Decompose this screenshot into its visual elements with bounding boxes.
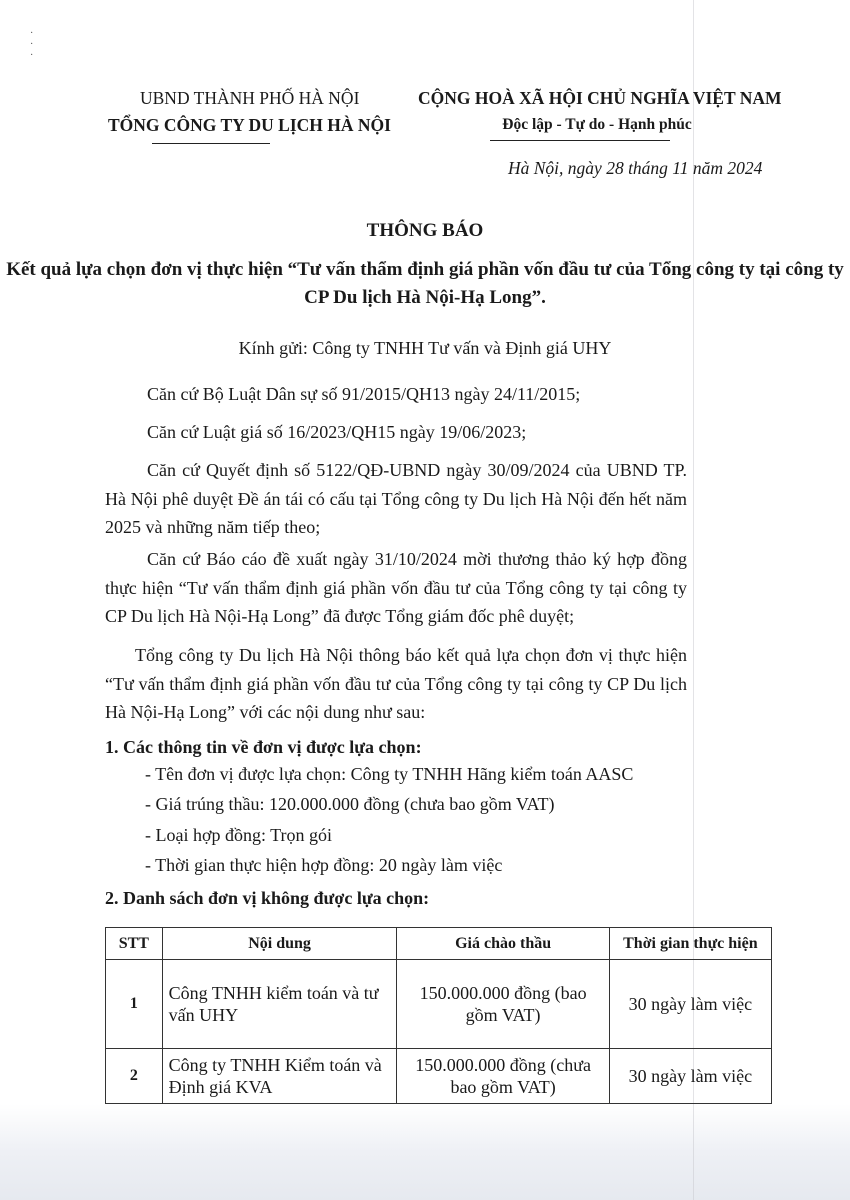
row-stt: 2 (106, 1049, 163, 1104)
legal-basis-decision: Căn cứ Quyết định số 5122/QĐ-UBND ngày 3… (105, 456, 687, 542)
motto-underline (490, 140, 670, 141)
row-price: 150.000.000 đồng (chưa bao gồm VAT) (397, 1049, 609, 1104)
document-subtitle: Kết quả lựa chọn đơn vị thực hiện “Tư vấ… (0, 256, 850, 312)
row-stt: 1 (106, 960, 163, 1049)
contract-duration: - Thời gian thực hiện hợp đồng: 20 ngày … (145, 855, 502, 876)
selected-unit-name: - Tên đơn vị được lựa chọn: Công ty TNHH… (145, 764, 633, 785)
row-duration: 30 ngày làm việc (609, 960, 771, 1049)
row-content: Công TNHH kiểm toán và tư vấn UHY (162, 960, 397, 1049)
table-row: 1 Công TNHH kiểm toán và tư vấn UHY 150.… (106, 960, 772, 1049)
national-motto: Độc lập - Tự do - Hạnh phúc (418, 116, 776, 134)
header-duration: Thời gian thực hiện (609, 928, 771, 960)
scan-corner-mark: · · · (30, 28, 75, 36)
header-stt: STT (106, 928, 163, 960)
row-duration: 30 ngày làm việc (609, 1049, 771, 1104)
row-content: Công ty TNHH Kiểm toán và Định giá KVA (162, 1049, 397, 1104)
table-header-row: STT Nội dung Giá chào thầu Thời gian thự… (106, 928, 772, 960)
national-title: CỘNG HOÀ XÃ HỘI CHỦ NGHĨA VIỆT NAM (418, 88, 776, 109)
announcement-paragraph: Tổng công ty Du lịch Hà Nội thông báo kế… (105, 641, 687, 727)
row-price: 150.000.000 đồng (bao gồm VAT) (397, 960, 609, 1049)
section-unselected-units-title: 2. Danh sách đơn vị không được lựa chọn: (105, 888, 429, 909)
authority-name: UBND THÀNH PHỐ HÀ NỘI (140, 88, 355, 109)
legal-basis-price-law: Căn cứ Luật giá số 16/2023/QH15 ngày 19/… (105, 418, 695, 447)
document-page: · · · UBND THÀNH PHỐ HÀ NỘI TỔNG CÔNG TY… (0, 0, 850, 1200)
recipient-line: Kính gửi: Công ty TNHH Tư vấn và Định gi… (0, 338, 850, 359)
table-row: 2 Công ty TNHH Kiểm toán và Định giá KVA… (106, 1049, 772, 1104)
organization-name: TỔNG CÔNG TY DU LỊCH HÀ NỘI (108, 115, 390, 136)
legal-basis-civil-code: Căn cứ Bộ Luật Dân sự số 91/2015/QH13 ng… (105, 380, 695, 409)
header-price: Giá chào thầu (397, 928, 609, 960)
unselected-bidders-table: STT Nội dung Giá chào thầu Thời gian thự… (105, 927, 772, 1104)
document-subtitle-text: Kết quả lựa chọn đơn vị thực hiện “Tư vấ… (6, 259, 844, 308)
header-content: Nội dung (162, 928, 397, 960)
section-selected-unit-title: 1. Các thông tin về đơn vị được lựa chọn… (105, 737, 422, 758)
contract-type: - Loại hợp đồng: Trọn gói (145, 825, 332, 846)
place-date: Hà Nội, ngày 28 tháng 11 năm 2024 (508, 158, 762, 179)
legal-basis-report: Căn cứ Báo cáo đề xuất ngày 31/10/2024 m… (105, 545, 687, 631)
document-title: THÔNG BÁO (0, 220, 850, 242)
winning-price: - Giá trúng thầu: 120.000.000 đồng (chưa… (145, 794, 555, 815)
organization-underline (152, 143, 270, 144)
